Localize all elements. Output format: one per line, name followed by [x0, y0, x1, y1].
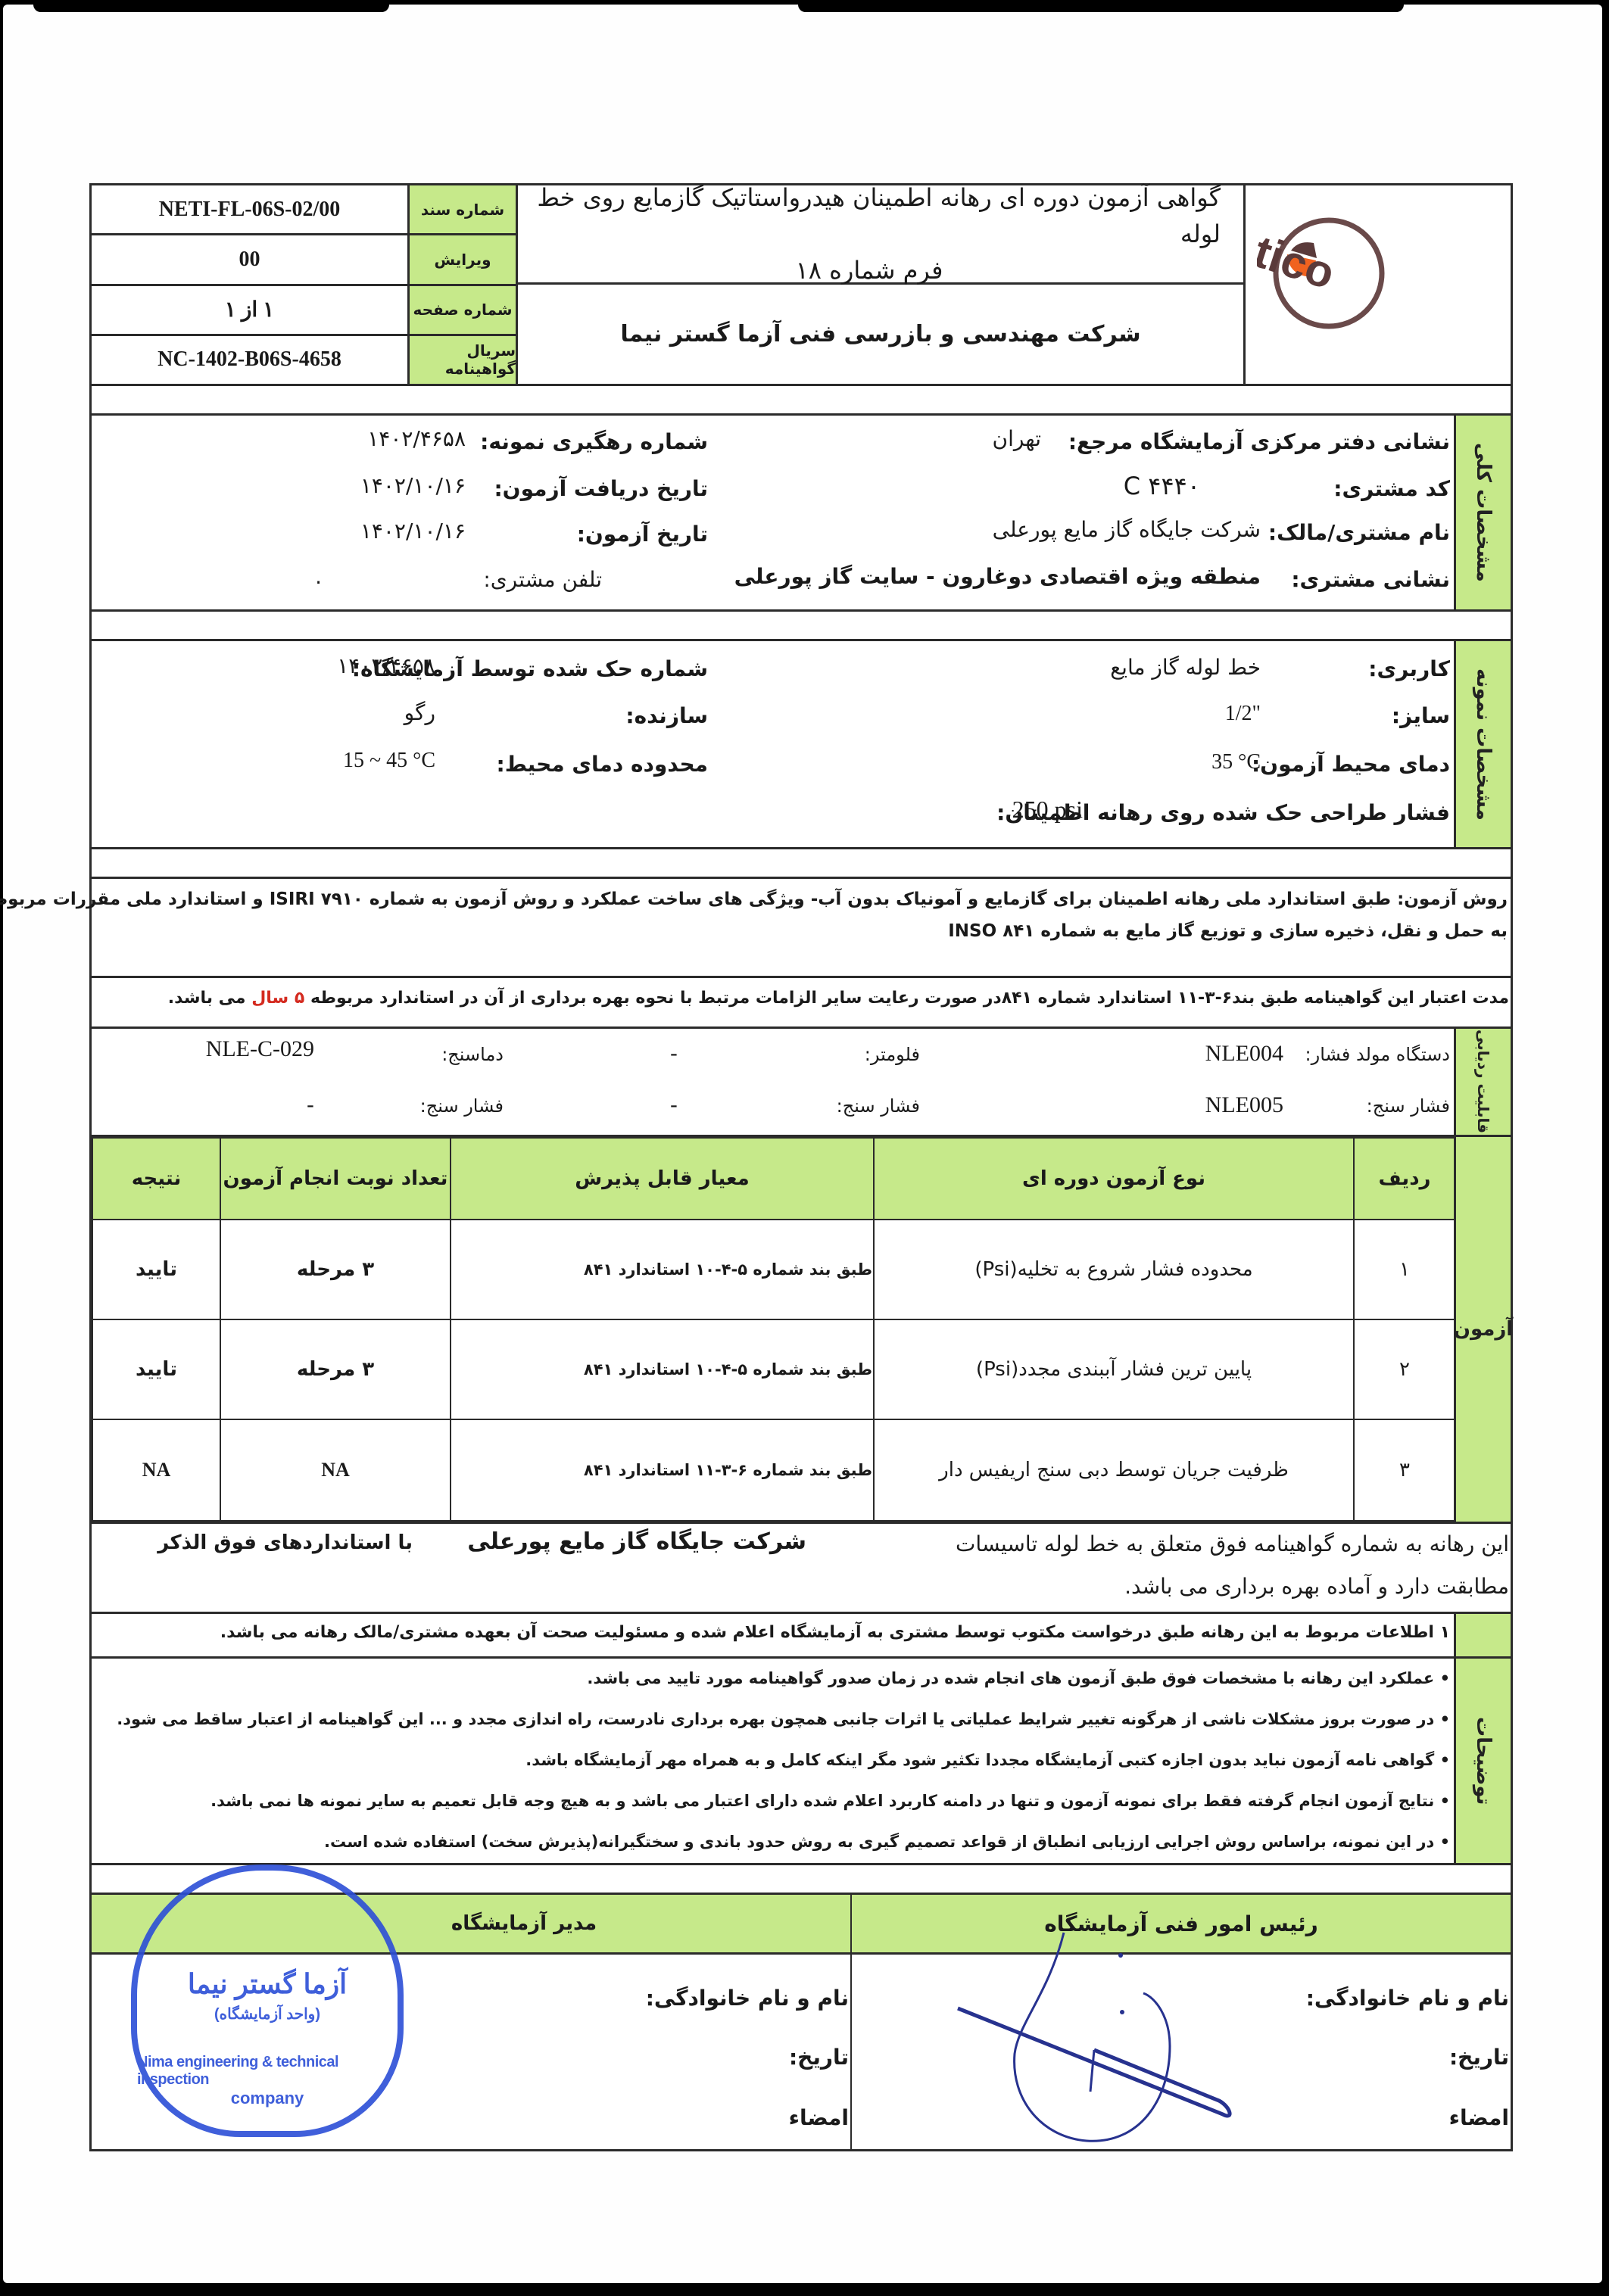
lab-address-label: نشانی دفتر مرکزی آزمایشگاه مرجع:	[1068, 429, 1450, 454]
acceptance-criteria: طبق بند شماره ۵-۴-۱۰ استاندارد ۸۴۱	[451, 1319, 874, 1419]
document-meta: شماره سند NETI-FL-06S-02/00 ویرایش 00 شم…	[92, 185, 516, 384]
side-label-notes: توضیحات	[1454, 1659, 1511, 1863]
temp-range-label: محدوده دمای محیط:	[497, 752, 709, 777]
company-stamp: آزما گستر نیما (واحد آزمایشگاه) Nima eng…	[131, 1865, 404, 2137]
side-label-tests: آزمون	[1454, 1137, 1511, 1522]
tracking-value: ۱۴۰۲/۴۶۵۸	[367, 426, 466, 451]
stamp-unit: (واحد آزمایشگاه)	[214, 2005, 320, 2023]
side-label-blank	[1454, 1614, 1511, 1656]
spacer-row	[89, 849, 1513, 879]
info-note-section: ۱ اطلاعات مربوط به این رهانه طبق درخواست…	[89, 1614, 1513, 1659]
spacer-row	[89, 612, 1513, 641]
conformity-section: این رهانه به شماره گواهینامه فوق متعلق ب…	[89, 1524, 1513, 1614]
certificate-form: netico گواهی آزمون دوره ای رهانه اطمینان…	[89, 183, 1513, 2151]
test-result: تایید	[92, 1319, 220, 1419]
validity-period-highlight: ۵ سال	[251, 989, 304, 1008]
test-results-table: ردیف نوع آزمون دوره ای معیار قابل پذیرش …	[92, 1137, 1456, 1522]
table-header-row: ردیف نوع آزمون دوره ای معیار قابل پذیرش …	[92, 1138, 1455, 1220]
lab-address-value: تهران	[993, 426, 1042, 451]
ambient-temp-value: 35 °C	[1211, 750, 1261, 774]
pressure-generator-label: دستگاه مولد فشار:	[1305, 1044, 1450, 1065]
maker-value: رگو	[404, 700, 435, 725]
pressure-gauge-label: فشار سنج:	[420, 1095, 504, 1117]
test-method-section: روش آزمون: طبق استاندارد ملی رهانه اطمین…	[89, 879, 1513, 978]
validity-text: مدت اعتبار این گواهینامه طبق بند۶-۳-۱۱ ا…	[92, 978, 1511, 1008]
flowmeter-value: -	[670, 1041, 678, 1066]
test-type: پایین ترین فشار آببندی مجدد(Psi)	[874, 1319, 1354, 1419]
test-result: تایید	[92, 1220, 220, 1319]
signatures-section: رئیس امور فنی آزمایشگاه نام و نام خانواد…	[89, 1895, 1513, 2151]
company-name: شرکت مهندسی و بازرسی فنی آزما گستر نیما	[518, 285, 1243, 384]
page-edge-shadow	[33, 5, 389, 12]
phone-value: .	[315, 564, 322, 589]
meta-row-page-number: شماره صفحه ۱ از ۱	[92, 286, 516, 336]
general-info-section: مشخصات کلی نشانی دفتر مرکزی آزمایشگاه مر…	[89, 416, 1513, 612]
meta-value: NETI-FL-06S-02/00	[92, 185, 407, 233]
receive-date-label: تاریخ دریافت آزمون:	[494, 476, 708, 501]
table-row: ۳ ظرفیت جریان توسط دبی سنج اریفیس دار طب…	[92, 1419, 1455, 1521]
test-type: محدوده فشار شروع به تخلیه(Psi)	[874, 1220, 1354, 1319]
signature-label: امضاء	[1449, 2105, 1509, 2130]
meta-label: شماره سند	[407, 185, 516, 233]
thermometer-label: دماسنج:	[441, 1044, 504, 1065]
tracking-label: شماره رهگیری نمونه:	[480, 429, 708, 454]
notes-section: توضیحات عملکرد این رهانه با مشخصات فوق ط…	[89, 1659, 1513, 1865]
conformity-text-part1: این رهانه به شماره گواهینامه فوق متعلق ب…	[956, 1531, 1509, 1556]
size-label: سایز:	[1392, 703, 1450, 728]
date-label: تاریخ:	[1449, 2045, 1509, 2070]
test-method-line1: روش آزمون: طبق استاندارد ملی رهانه اطمین…	[92, 879, 1509, 909]
pressure-gauge-label: فشار سنج:	[1367, 1095, 1450, 1117]
meta-label: ویرایش	[407, 235, 516, 283]
netico-logo-icon: netico	[1257, 209, 1499, 360]
stamp-persian-name: آزما گستر نیما	[188, 1968, 347, 2000]
note-item: گواهی نامه آزمون نباید بدون اجازه کتبی آ…	[92, 1751, 1450, 1769]
meta-row-revision: ویرایش 00	[92, 235, 516, 285]
ambient-temp-label: دمای محیط آزمون:	[1252, 752, 1450, 777]
signature-block-technical-head: رئیس امور فنی آزمایشگاه نام و نام خانواد…	[850, 1895, 1511, 2149]
meta-row-serial: سریال گواهینامه NC-1402-B06S-4658	[92, 336, 516, 384]
pressure-gauge-label: فشار سنج:	[837, 1095, 920, 1117]
meta-value: ۱ از ۱	[92, 286, 407, 334]
size-value: 1/2"	[1225, 702, 1261, 726]
acceptance-criteria: طبق بند شماره ۶-۳-۱۱ استاندارد ۸۴۱	[451, 1419, 874, 1521]
pressure-gauge-value: -	[670, 1092, 678, 1117]
column-header: نوع آزمون دوره ای	[874, 1138, 1354, 1220]
test-method-line2: به حمل و نقل، ذخیره سازی و توزیع گاز مای…	[92, 909, 1509, 941]
test-count: ۳ مرحله	[220, 1319, 451, 1419]
validity-section: مدت اعتبار این گواهینامه طبق بند۶-۳-۱۱ ا…	[89, 978, 1513, 1029]
side-label-general: مشخصات کلی	[1454, 416, 1511, 609]
meta-value: 00	[92, 235, 407, 283]
usage-value: خط لوله گاز مایع	[1110, 655, 1261, 680]
design-pressure-value: 250 psi	[1012, 796, 1083, 824]
test-type: ظرفیت جریان توسط دبی سنج اریفیس دار	[874, 1419, 1354, 1521]
netico-logo: netico	[1243, 185, 1511, 384]
row-number: ۲	[1354, 1319, 1455, 1419]
test-result: NA	[92, 1419, 220, 1521]
customer-name-value: شرکت جایگاه گاز مایع پورعلی	[993, 517, 1261, 542]
phone-label: تلفن مشتری:	[483, 567, 602, 592]
test-date-label: تاریخ آزمون:	[577, 522, 708, 547]
page-edge-shadow	[798, 5, 1404, 12]
notes-list: عملکرد این رهانه با مشخصات فوق طبق آزمون…	[92, 1659, 1511, 1851]
name-label: نام و نام خانوادگی:	[646, 1986, 849, 2011]
customer-code-value: C ۴۴۴۰	[1124, 472, 1200, 500]
traceability-section: قابلیت ردیابی دستگاه مولد فشار: NLE004 ف…	[89, 1029, 1513, 1137]
temp-range-value: 15 ~ 45 °C	[343, 749, 435, 773]
usage-label: کاربری:	[1368, 656, 1450, 681]
signature-label: امضاء	[789, 2105, 849, 2130]
stamp-english-name: Nima engineering & technical inspection	[137, 2054, 398, 2089]
receive-date-value: ۱۴۰۲/۱۰/۱۶	[360, 473, 466, 498]
pressure-gauge-value: NLE005	[1205, 1092, 1283, 1118]
certificate-title: گواهی آزمون دوره ای رهانه اطمینان هیدروا…	[518, 179, 1221, 252]
test-count: ۳ مرحله	[220, 1220, 451, 1319]
test-results-section: آزمون ردیف نوع آزمون دوره ای معیار قابل …	[89, 1137, 1513, 1524]
spacer-row	[89, 386, 1513, 416]
column-header: ردیف	[1354, 1138, 1455, 1220]
conformity-text-part2: با استانداردهای فوق الذکر	[157, 1531, 413, 1554]
note-item: عملکرد این رهانه با مشخصات فوق طبق آزمون…	[92, 1669, 1450, 1687]
note-item: در این نمونه، براساس روش اجرایی ارزیابی …	[92, 1833, 1450, 1851]
customer-address-value: منطقه ویژه اقتصادی دوغارون - سایت گاز پو…	[734, 564, 1261, 589]
meta-row-doc-number: شماره سند NETI-FL-06S-02/00	[92, 185, 516, 235]
meta-label: سریال گواهینامه	[407, 336, 516, 384]
test-date-value: ۱۴۰۲/۱۰/۱۶	[360, 519, 466, 544]
meta-value: NC-1402-B06S-4658	[92, 336, 407, 384]
sample-spec-section: مشخصات نمونه کاربری: خط لوله گاز مایع سا…	[89, 641, 1513, 849]
table-row: ۱ محدوده فشار شروع به تخلیه(Psi) طبق بند…	[92, 1220, 1455, 1319]
customer-name-label: نام مشتری/مالک:	[1268, 520, 1450, 545]
flowmeter-label: فلومتر:	[865, 1044, 920, 1065]
customer-address-label: نشانی مشتری:	[1291, 567, 1450, 592]
pressure-gauge-value: -	[307, 1092, 314, 1117]
stamp-english-company: company	[231, 2089, 304, 2108]
customer-code-label: کد مشتری:	[1333, 476, 1450, 501]
column-header: معیار قابل پذیرش	[451, 1138, 874, 1220]
conformity-text-line2: مطابقت دارد و آماده بهره برداری می باشد.	[1124, 1574, 1509, 1599]
certificate-title-block: گواهی آزمون دوره ای رهانه اطمینان هیدروا…	[516, 185, 1243, 384]
table-row: ۲ پایین ترین فشار آببندی مجدد(Psi) طبق ب…	[92, 1319, 1455, 1419]
note-item: نتایج آزمون انجام گرفته فقط برای نمونه آ…	[92, 1792, 1450, 1810]
date-label: تاریخ:	[789, 2045, 849, 2070]
column-header: تعداد نوبت انجام آزمون	[220, 1138, 451, 1220]
side-label-traceability: قابلیت ردیابی	[1454, 1029, 1511, 1135]
meta-label: شماره صفحه	[407, 286, 516, 334]
handwritten-signature-icon	[943, 1925, 1336, 2152]
pressure-generator-value: NLE004	[1205, 1041, 1283, 1067]
info-note-text: ۱ اطلاعات مربوط به این رهانه طبق درخواست…	[220, 1623, 1450, 1642]
column-header: نتیجه	[92, 1138, 220, 1220]
test-count: NA	[220, 1419, 451, 1521]
row-number: ۳	[1354, 1419, 1455, 1521]
side-label-sample: مشخصات نمونه	[1454, 641, 1511, 847]
row-number: ۱	[1354, 1220, 1455, 1319]
signature-block-lab-manager: مدیر آزمایشگاه نام و نام خانوادگی: تاریخ…	[92, 1895, 850, 2149]
conformity-company: شرکت جایگاه گاز مایع پورعلی	[467, 1528, 806, 1555]
note-item: در صورت بروز مشکلات ناشی از هرگونه تغییر…	[92, 1710, 1450, 1728]
maker-label: سازنده:	[625, 703, 708, 728]
thermometer-value: NLE-C-029	[206, 1036, 314, 1062]
form-number: فرم شماره ۱۸	[518, 252, 1221, 288]
certificate-header: netico گواهی آزمون دوره ای رهانه اطمینان…	[89, 183, 1513, 386]
acceptance-criteria: طبق بند شماره ۵-۴-۱۰ استاندارد ۸۴۱	[451, 1220, 874, 1319]
engraved-number-value: ۱۴۰۲/۴۶۵۸	[337, 653, 435, 678]
